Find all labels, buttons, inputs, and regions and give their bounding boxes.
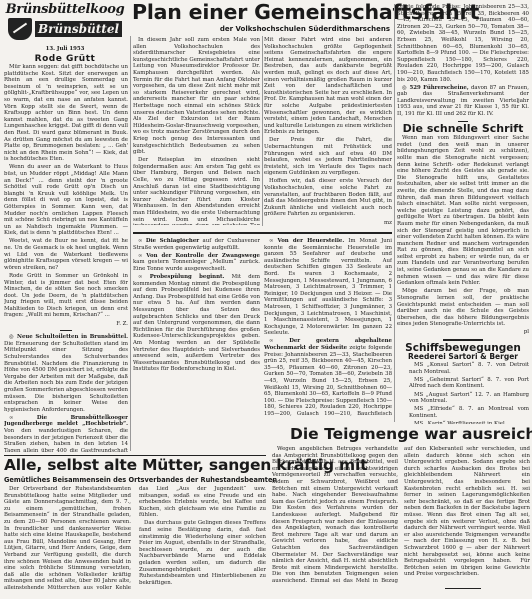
body: zeigte folgende Preise: Johannisbeeren 2… [397, 4, 529, 83]
paragraph: Möge darum bei der Frage, ob man Stenogr… [397, 288, 529, 328]
lead: Die Schlaglöcher [146, 238, 199, 244]
lead: Probespülung beginnt. [150, 274, 225, 280]
paragraph: In diesem Jahr soll zum ersten Male von … [133, 37, 260, 156]
article-ruhestandsbeamte: Der Ortsverband der Ruhestandsbeamten Br… [4, 486, 266, 596]
body: Mit dem kommenden Montag nimmt die Probe… [133, 274, 260, 372]
paragraph: Rode Grütt in Sommer un Grönkohl in Wint… [4, 273, 128, 319]
paragraph: Der Reiseplan im einzelnen sieht folgend… [133, 157, 260, 225]
paragraph: Der Preis für die Fahrt, die Uebernachtu… [264, 137, 392, 177]
article-title-schnelle-schrift: Die schnelle Schrift [397, 126, 529, 133]
column-divider [394, 4, 395, 422]
divider [60, 330, 72, 331]
lead: 529 Führerscheine, [409, 85, 468, 91]
article-probespuelung: ∞ Probespülung beginnt. Mit dem kommende… [133, 274, 260, 373]
ship-entry: MS „Karin“ Werftliegezeit in Kiel. [397, 421, 529, 424]
body: zeigte folgende Preise: Johannisbeeren 2… [264, 345, 392, 418]
column-4: zeigte folgende Preise: Johannisbeeren 2… [397, 4, 529, 424]
article-heuerstelle: ∞ Von der Heuerstelle. Im Monat Juni kon… [264, 238, 392, 337]
article-zwangswege: ∞ Von der Kontrolle der Zwangswege kam g… [133, 253, 260, 273]
column-divider [130, 36, 131, 451]
section-divider [133, 232, 392, 234]
lead: Neue Schultoiletten in Brunsbüttel. [17, 334, 128, 340]
body: Von den wanderlustigen Scharen, die beso… [4, 428, 128, 452]
paragraph: Das durchaus gute Gelingen dieses Treffe… [139, 520, 266, 586]
ship-entry: MS „Konsul Sartori“ 8. 7. von Detroit na… [397, 362, 529, 375]
paragraph: Wenn du awer an de Waterkant to Huus büs… [4, 164, 128, 237]
masthead-title: Brünsbüttelkoog [4, 2, 126, 17]
subheadline-ruhestandsbeamte: Gemütliches Beisammensein des Ortsverban… [4, 476, 270, 484]
headline-gemeinschaftsfahrt: Plan einer Gemeinschaftsfahrt [132, 0, 392, 24]
body: Die Erneuerung der Schultoiletten stand … [4, 341, 128, 413]
subheadline-gemeinschaftsfahrt: der Volkshochschulen Süderdithmarschens [175, 25, 390, 33]
end-rule [445, 588, 481, 589]
paragraph: Weetst, wat de Buur ne kennt, dat itt he… [4, 238, 128, 271]
shipping-company: Reederei Sartori & Berger [397, 354, 529, 361]
headline-ruhestandsbeamte: Alle, selbst alte Mütter, sangen kräftig… [4, 456, 274, 474]
article-schultoiletten: ◎ Neue Schultoiletten in Brunsbüttel. Di… [4, 334, 128, 413]
coat-of-arms-icon [8, 18, 32, 40]
body: kam gestern Tonnenleger „Mellum“ zurück.… [133, 259, 260, 272]
column-2-top: In diesem Jahr soll zum ersten Male von … [133, 37, 260, 225]
column-2-bottom: ∞ Die Schlaglöcher auf der Cuxhavener St… [133, 238, 260, 452]
lead: Von der Kontrolle der Zwangswege [146, 253, 260, 259]
masthead-subtitle: Brünsbüttel [35, 21, 122, 37]
ship-entry: MS „Elfriede“ 8. 7. an Montreal vom Kont… [397, 406, 529, 419]
column-1: Mür kann seggen: dat gifft bochdütsche u… [4, 64, 128, 452]
article-jugendherberge: ∞ Die Brunsbüttelkooger Jugendherberge m… [4, 415, 128, 452]
paragraph: Wenn man vom Bildungswert einer Sache re… [397, 135, 529, 287]
column-3-top: Mit dieser Fahrt wird eine bei anderen V… [264, 37, 392, 227]
headline-teigmenge: Die Teigmenge war ausreichend! [290, 425, 530, 443]
paragraph: Hoffen wir, daß dieser erste Versuch der… [264, 178, 392, 218]
ship-entry: MS „August Sartori“ 12. 7. an Hamburg vo… [397, 392, 529, 405]
article-wochenmarkt: ∞ Der gestern abgehaltene Wochenmarkt de… [264, 338, 392, 418]
signature: mz [264, 220, 392, 227]
column-3-bottom: ∞ Von der Heuerstelle. Im Monat Juni kon… [264, 238, 392, 418]
issue-date: 13. Juli 1953 [4, 46, 126, 52]
section-title-schiffsbewegungen: Schiffsbewegungen [397, 345, 529, 352]
lead: Die Brunsbüttelkooger Jugendherberge mel… [4, 415, 128, 428]
paragraph: Mür kann seggen: dat gifft bochdütsche u… [4, 64, 128, 163]
body: Im Monat Juni konnte die Seemännische He… [264, 238, 392, 336]
article-rode-gruett: Mür kann seggen: dat gifft bochdütsche u… [4, 64, 128, 327]
ship-entry: MS „Geheimrat Sartori“ 8. 7. von Port Al… [397, 377, 529, 390]
divider [443, 339, 483, 341]
signature: F. Z. [4, 321, 128, 328]
market-prices-continued: zeigte folgende Preise: Johannisbeeren 2… [397, 4, 529, 83]
article-schlagloecher: ∞ Die Schlaglöcher auf der Cuxhavener St… [133, 238, 260, 251]
signature: pl [397, 329, 529, 336]
lead: Von der Heuerstelle. [278, 238, 345, 244]
paragraph: Mit dieser Fahrt wird eine bei anderen V… [264, 37, 392, 136]
article-title-rode-gruett: Rode Grütt [4, 54, 126, 64]
masthead: Brünsbüttelkoog Brünsbüttel 13. Juli 195… [4, 2, 126, 67]
article-fuehrerscheine: ◎ 529 Führerscheine, davon 87 an Frauen,… [397, 85, 529, 118]
column-divider [262, 36, 263, 226]
